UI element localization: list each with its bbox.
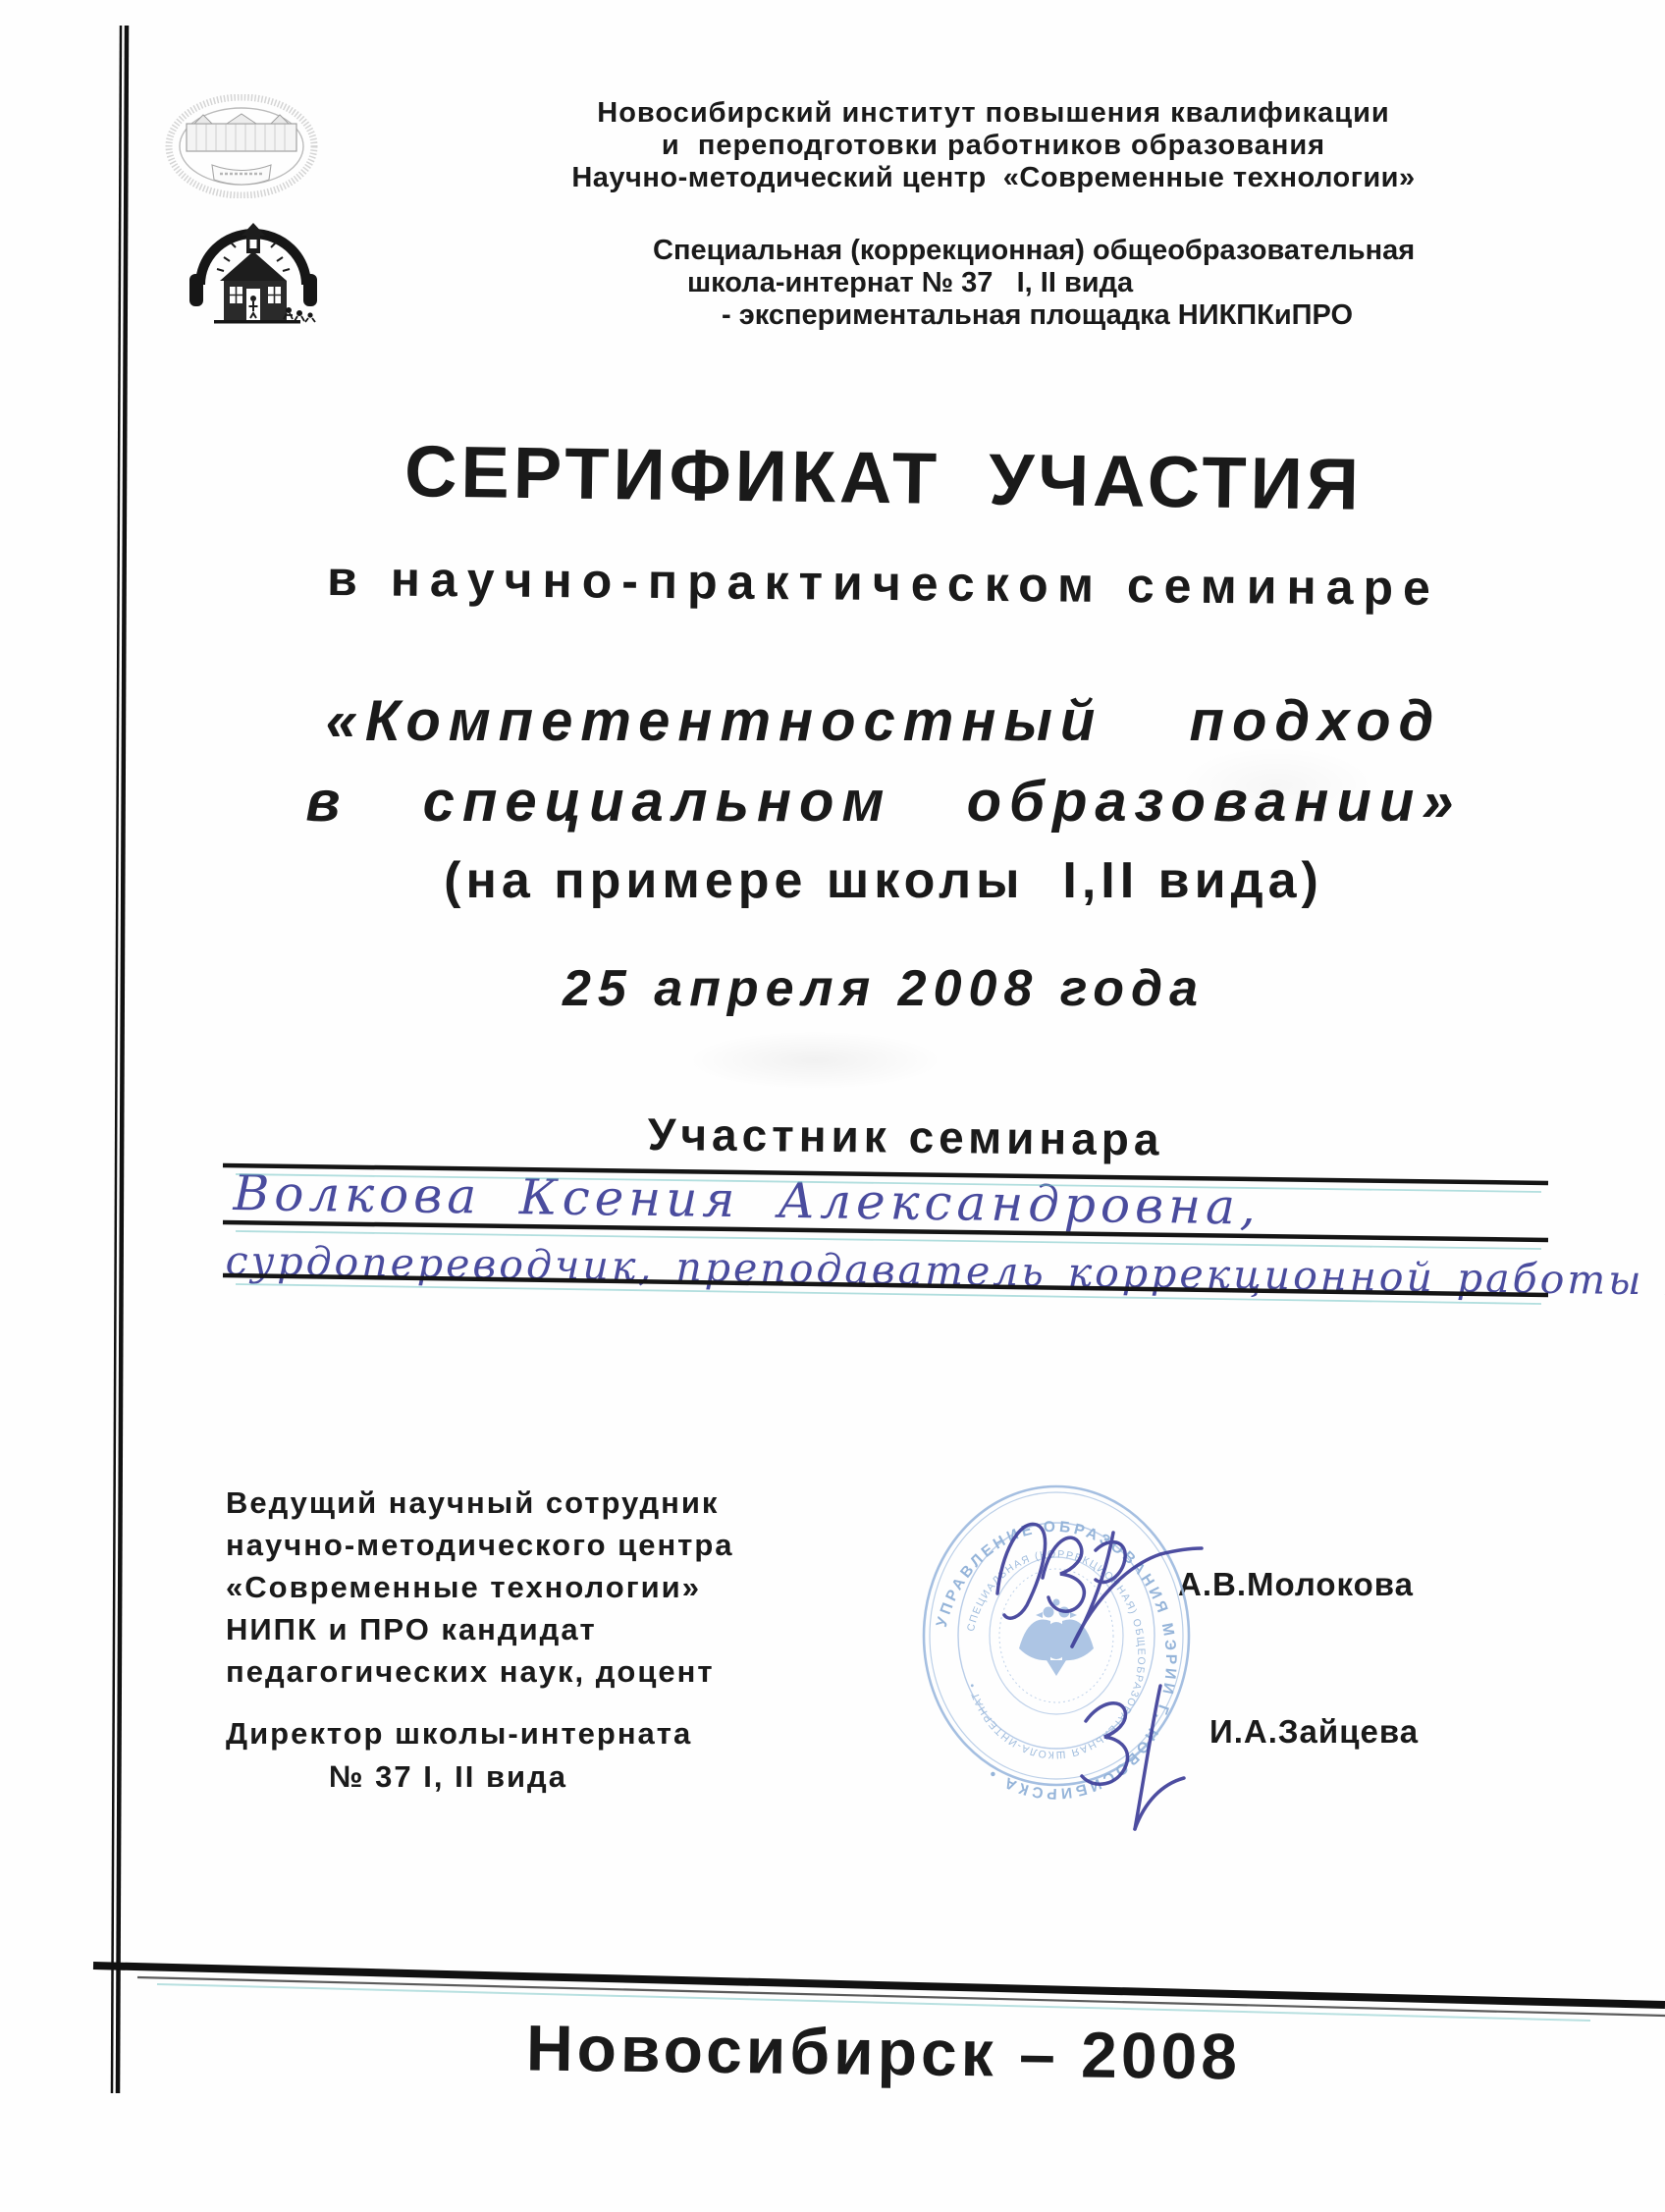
certificate-page: Новосибирский институт повышения квалифи… bbox=[0, 0, 1665, 2212]
participant-rule-line-3 bbox=[223, 1275, 1548, 1295]
participant-rule-line-1 bbox=[223, 1165, 1548, 1183]
bottom-border-line bbox=[93, 1966, 1665, 2005]
signature1-ink bbox=[997, 1524, 1202, 1646]
signature2-ink bbox=[1082, 1686, 1184, 1829]
scan-lines-overlay bbox=[0, 0, 1665, 2212]
participant-rule-line-2 bbox=[223, 1222, 1548, 1240]
